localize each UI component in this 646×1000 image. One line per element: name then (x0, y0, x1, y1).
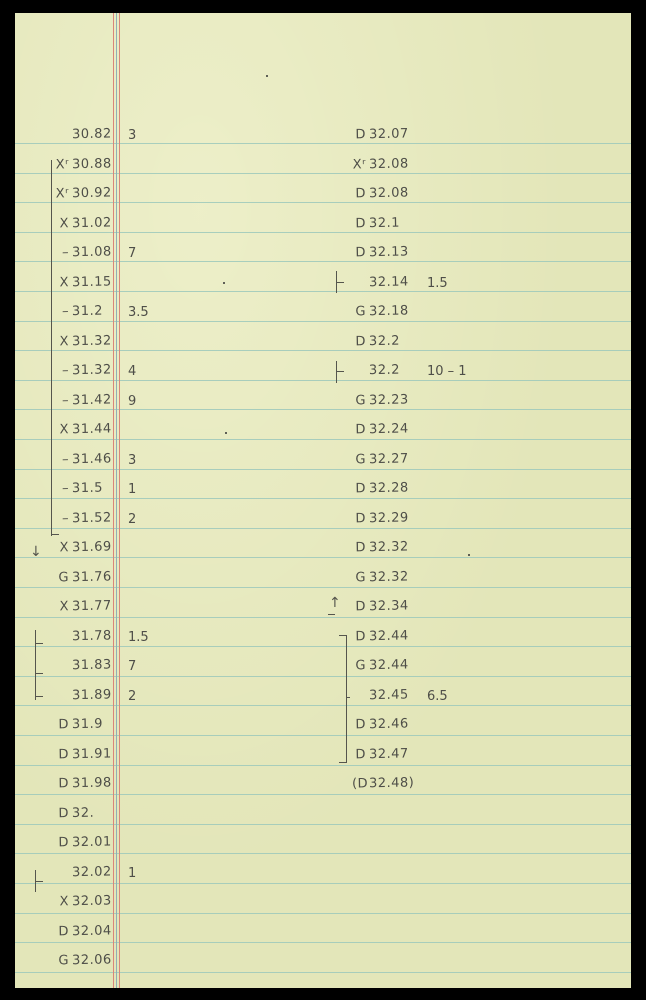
measurement-entry: (D32.48) (352, 775, 415, 791)
bracket-left-group-1 (51, 160, 52, 536)
bracket-tick (346, 697, 350, 698)
measurement-entry: D32.2 (352, 333, 400, 349)
entry-note: 1.5 (128, 630, 149, 645)
entry-value: 32.04 (72, 923, 112, 939)
entry-note: 1 (128, 482, 136, 497)
measurement-entry: D32. (55, 805, 94, 821)
measurement-entry: D32.34 (352, 599, 409, 615)
entry-value: 30.92 (72, 186, 112, 202)
measurement-entry: X31.32 (55, 333, 112, 349)
bracket-tick (35, 673, 43, 674)
ruled-line (15, 498, 631, 499)
margin-line-blue (116, 13, 117, 988)
entry-value: 32.07 (369, 127, 409, 143)
entry-value: 31.78 (72, 628, 112, 644)
ruled-line (15, 232, 631, 233)
entry-code: D (352, 481, 366, 496)
entry-code: G (352, 452, 366, 467)
ink-dot (225, 432, 227, 434)
entry-note: 2 (128, 689, 136, 704)
measurement-entry: G32.32 (352, 569, 409, 585)
measurement-entry: –31.52 (55, 510, 112, 526)
entry-value: 32.32 (369, 540, 409, 556)
measurement-entry: D31.91 (55, 746, 112, 762)
ruled-line (15, 883, 631, 884)
entry-value: 31.5 (72, 481, 103, 497)
entry-code: D (352, 747, 366, 762)
margin-line-red (113, 13, 114, 988)
up-arrow-icon: ↑ (329, 595, 341, 611)
entry-code: D (352, 216, 366, 231)
entry-value: 31.08 (72, 245, 112, 261)
bracket-left-group-2 (35, 630, 36, 700)
measurement-entry: X31.02 (55, 215, 112, 231)
entry-note: 7 (128, 659, 136, 674)
ruled-line (15, 350, 631, 351)
entry-value: 31.83 (72, 658, 112, 674)
entry-value: 32.14 (369, 274, 409, 290)
ruled-line (15, 587, 631, 588)
down-arrow-icon: ↓ (30, 544, 42, 560)
entry-code: Xʳ (352, 157, 366, 172)
entry-code: D (352, 540, 366, 555)
entry-value: 30.88 (72, 156, 112, 172)
entry-code: X (55, 275, 69, 290)
entry-code: Xʳ (55, 186, 69, 201)
ruled-line (15, 202, 631, 203)
entry-code: G (352, 658, 366, 673)
measurement-entry: D32.08 (352, 186, 409, 202)
entry-value: 32.18 (369, 304, 409, 320)
entry-value: 31.76 (72, 569, 112, 585)
entry-code: – (55, 511, 69, 526)
ruled-line (15, 469, 631, 470)
measurement-entry: X31.69 (55, 540, 112, 556)
ruled-line (15, 646, 631, 647)
entry-code: G (352, 570, 366, 585)
bracket-tick (51, 534, 59, 535)
measurement-entry: G32.27 (352, 451, 409, 467)
measurement-entry: G31.76 (55, 569, 112, 585)
ruled-line (15, 794, 631, 795)
ruled-line (15, 409, 631, 410)
entry-note: 3.5 (128, 305, 149, 320)
entry-value: 31.69 (72, 540, 112, 556)
entry-value: 31.32 (72, 333, 112, 349)
entry-code: Xʳ (55, 157, 69, 172)
ruled-line (15, 143, 631, 144)
entry-value: 30.82 (72, 127, 112, 143)
entry-value: 31.15 (72, 274, 112, 290)
entry-code: X (55, 599, 69, 614)
measurement-entry: –31.08 (55, 245, 112, 261)
ruled-line (15, 557, 631, 558)
ruled-line (15, 705, 631, 706)
measurement-entry: G32.06 (55, 953, 112, 969)
entry-value: 32.27 (369, 451, 409, 467)
measurement-entry: G32.23 (352, 392, 409, 408)
entry-note: 3 (128, 453, 136, 468)
measurement-entry: Xʳ32.08 (352, 156, 409, 172)
measurement-entry: D32.1 (352, 215, 400, 231)
entry-code: D (55, 717, 69, 732)
entry-note: 2 (128, 512, 136, 527)
ink-dot (223, 282, 225, 284)
entry-value: 32.32 (369, 569, 409, 585)
entry-code: D (352, 599, 366, 614)
entry-code: D (352, 186, 366, 201)
measurement-entry: D32.44 (352, 628, 409, 644)
bracket-tick (35, 643, 43, 644)
entry-code: X (55, 894, 69, 909)
entry-code: – (55, 393, 69, 408)
measurement-entry: 30.82 (55, 127, 112, 143)
entry-value: 32.24 (369, 422, 409, 438)
entry-value: 32.34 (369, 599, 409, 615)
measurement-entry: G32.44 (352, 658, 409, 674)
entry-value: 32.48) (369, 775, 415, 791)
legal-pad-page: 30.823Xʳ30.88Xʳ30.92X31.02–31.087X31.15–… (15, 13, 631, 988)
measurement-entry: 31.89 (55, 687, 112, 703)
entry-code: – (55, 452, 69, 467)
entry-value: 31.46 (72, 451, 112, 467)
measurement-entry: D32.29 (352, 510, 409, 526)
entry-value: 32.1 (369, 215, 400, 231)
measurement-entry: Xʳ30.88 (55, 156, 112, 172)
entry-code: D (352, 717, 366, 732)
ruled-line (15, 735, 631, 736)
entry-value: 32.01 (72, 835, 112, 851)
entry-note: 9 (128, 394, 136, 409)
entry-code: G (55, 570, 69, 585)
entry-value: 32.08 (369, 156, 409, 172)
entry-value: 32.13 (369, 245, 409, 261)
entry-code: X (55, 540, 69, 555)
entry-value: 31.32 (72, 363, 112, 379)
ink-dot (266, 75, 268, 77)
ruled-line (15, 972, 631, 973)
entry-code: D (55, 835, 69, 850)
entry-code: – (55, 304, 69, 319)
measurement-entry: –31.42 (55, 392, 112, 408)
entry-value: 32.44 (369, 658, 409, 674)
ink-dot (468, 554, 470, 556)
entry-note: 1.5 (427, 276, 448, 291)
entry-value: 31.98 (72, 776, 112, 792)
entry-code: D (352, 629, 366, 644)
entry-value: 32. (72, 805, 94, 820)
ruled-line (15, 617, 631, 618)
entry-value: 31.89 (72, 687, 112, 703)
bracket-tick (336, 371, 344, 372)
entry-code: (D (352, 776, 366, 791)
entry-code: – (55, 363, 69, 378)
measurement-entry: –31.5 (55, 481, 103, 497)
measurement-entry: D32.04 (55, 923, 112, 939)
entry-note: 3 (128, 128, 136, 143)
entry-code: G (352, 393, 366, 408)
measurement-entry: 31.83 (55, 658, 112, 674)
entry-value: 32.06 (72, 953, 112, 969)
entry-code: X (55, 216, 69, 231)
bracket-tick (336, 282, 344, 283)
entry-value: 32.02 (72, 864, 112, 880)
entry-value: 31.02 (72, 215, 112, 231)
entry-code: D (352, 127, 366, 142)
margin-line-red (119, 13, 120, 988)
ruled-line (15, 439, 631, 440)
measurement-entry: 31.78 (55, 628, 112, 644)
ruled-line (15, 321, 631, 322)
entry-note: 10 – 1 (427, 364, 467, 379)
measurement-entry: G32.18 (352, 304, 409, 320)
entry-note: 4 (128, 364, 136, 379)
entry-value: 32.44 (369, 628, 409, 644)
ruled-line (15, 173, 631, 174)
measurement-entry: 32.14 (352, 274, 409, 290)
entry-value: 32.45 (369, 687, 409, 703)
measurement-entry: D32.24 (352, 422, 409, 438)
ruled-line (15, 380, 631, 381)
ruled-line (15, 676, 631, 677)
entry-code: – (55, 245, 69, 260)
measurement-entry: –31.46 (55, 451, 112, 467)
entry-value: 31.77 (72, 599, 112, 615)
entry-note: 7 (128, 246, 136, 261)
entry-value: 31.9 (72, 717, 103, 733)
measurement-entry: X31.15 (55, 274, 112, 290)
measurement-entry: 32.02 (55, 864, 112, 880)
measurement-entry: 32.2 (352, 363, 400, 379)
entry-value: 32.08 (369, 186, 409, 202)
entry-note: 1 (128, 866, 136, 881)
ruled-line (15, 765, 631, 766)
measurement-entry: D32.28 (352, 481, 409, 497)
ruled-line (15, 261, 631, 262)
entry-code: G (352, 304, 366, 319)
measurement-entry: 32.45 (352, 687, 409, 703)
entry-code: D (352, 334, 366, 349)
entry-value: 32.2 (369, 363, 400, 379)
measurement-entry: D32.32 (352, 540, 409, 556)
entry-value: 32.03 (72, 894, 112, 910)
entry-code: D (55, 776, 69, 791)
bracket-tick (339, 635, 347, 636)
entry-value: 31.42 (72, 392, 112, 408)
entry-code: G (55, 953, 69, 968)
entry-code: X (55, 334, 69, 349)
entry-value: 32.28 (369, 481, 409, 497)
bracket-right-group (346, 635, 347, 763)
bracket-tick (339, 762, 347, 763)
entry-value: 32.29 (369, 510, 409, 526)
entry-code: D (352, 245, 366, 260)
entry-value: 32.47 (369, 746, 409, 762)
measurement-entry: D32.07 (352, 127, 409, 143)
ruled-line (15, 528, 631, 529)
entry-value: 31.91 (72, 746, 112, 762)
entry-code: D (55, 747, 69, 762)
ruled-line (15, 291, 631, 292)
measurement-entry: Xʳ30.92 (55, 186, 112, 202)
measurement-entry: X31.77 (55, 599, 112, 615)
entry-code: D (352, 422, 366, 437)
entry-note: 6.5 (427, 689, 448, 704)
entry-value: 32.46 (369, 717, 409, 733)
ruled-line (15, 942, 631, 943)
ruled-line (15, 853, 631, 854)
entry-code: D (352, 511, 366, 526)
entry-value: 31.44 (72, 422, 112, 438)
entry-value: 32.2 (369, 333, 400, 349)
measurement-entry: –31.2 (55, 304, 103, 320)
entry-code: X (55, 422, 69, 437)
measurement-entry: D32.47 (352, 746, 409, 762)
entry-code: D (55, 806, 69, 821)
bracket-tick (35, 696, 43, 697)
bracket-tick (35, 881, 43, 882)
measurement-entry: D32.13 (352, 245, 409, 261)
measurement-entry: D31.9 (55, 717, 103, 733)
entry-code: – (55, 481, 69, 496)
entry-value: 31.2 (72, 304, 103, 320)
measurement-entry: X31.44 (55, 422, 112, 438)
entry-value: 31.52 (72, 510, 112, 526)
entry-value: 32.23 (369, 392, 409, 408)
measurement-entry: D31.98 (55, 776, 112, 792)
ruled-line (15, 913, 631, 914)
measurement-entry: –31.32 (55, 363, 112, 379)
entry-code: D (55, 924, 69, 939)
measurement-entry: D32.01 (55, 835, 112, 851)
arrow-base-tick (328, 614, 335, 615)
measurement-entry: D32.46 (352, 717, 409, 733)
ruled-line (15, 824, 631, 825)
measurement-entry: X32.03 (55, 894, 112, 910)
